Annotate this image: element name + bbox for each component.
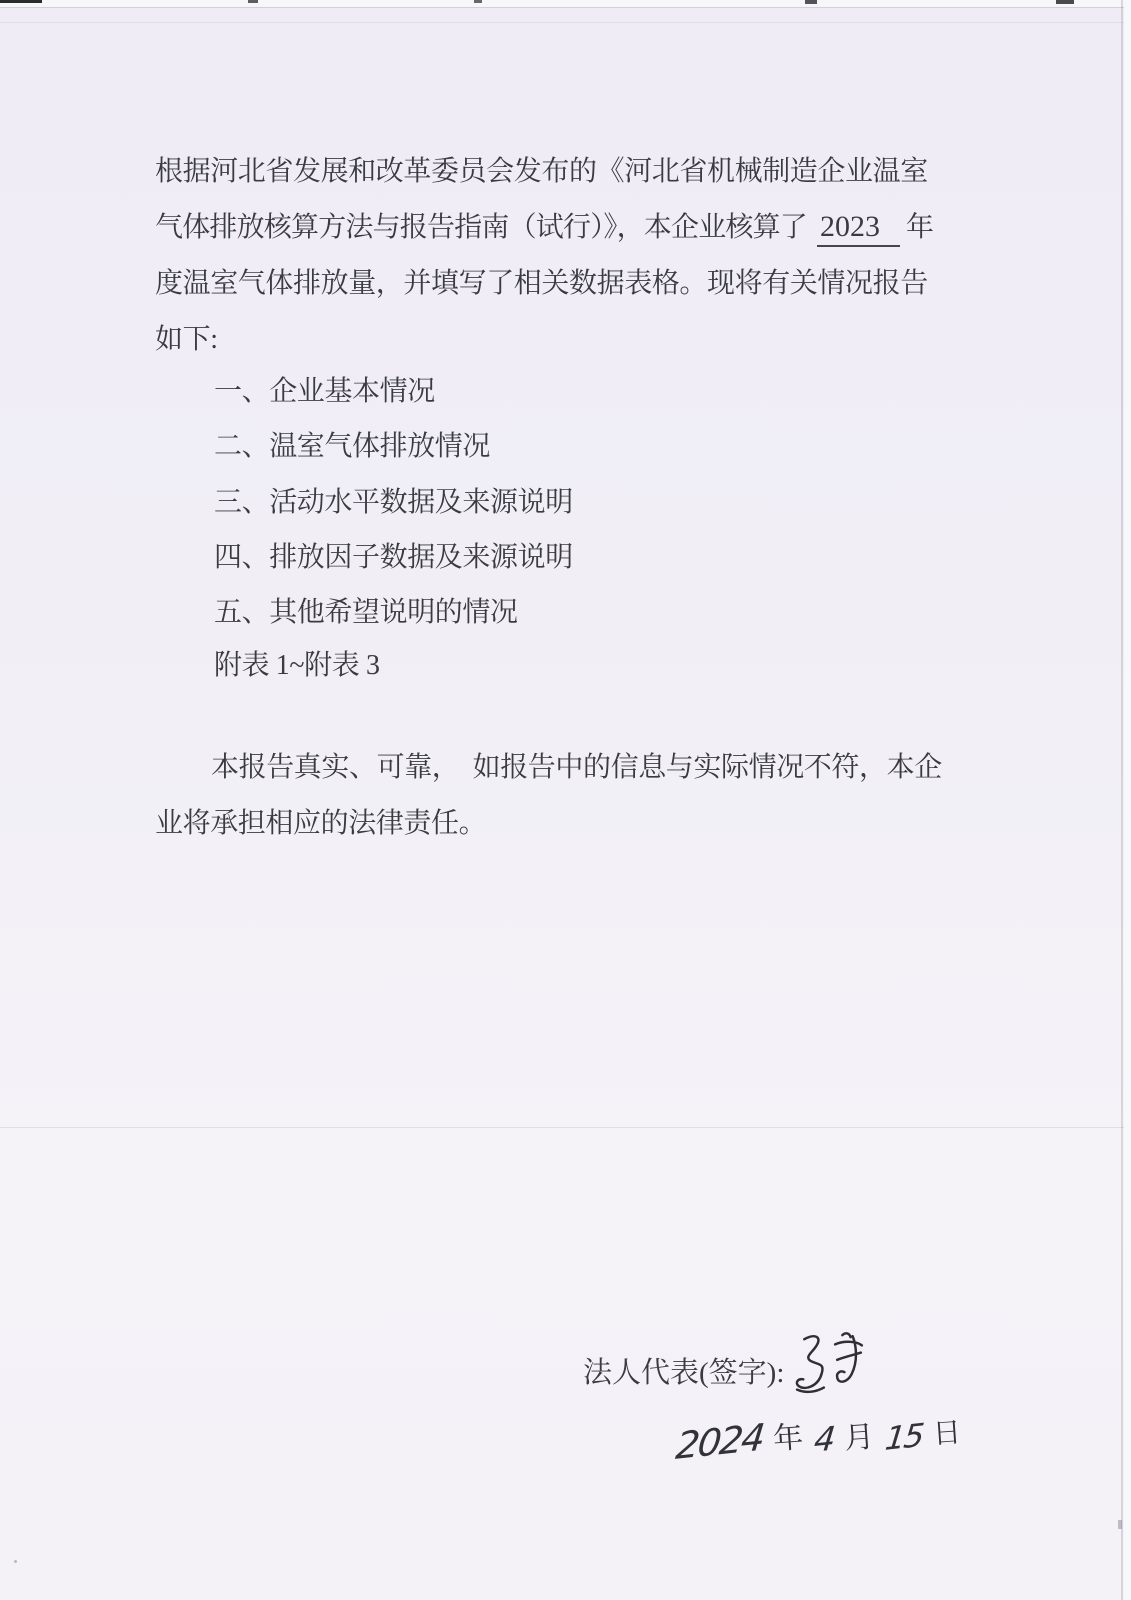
- toc-item-3: 三、活动水平数据及来源说明: [214, 483, 573, 523]
- appendix-reference: 附表 1~附表 3: [214, 646, 380, 686]
- intro-line-1: 根据河北省发展和改革委员会发布的《河北省机械制造企业温室: [155, 152, 928, 192]
- toc-item-4: 四、排放因子数据及来源说明: [214, 538, 573, 578]
- scan-top-strip: [0, 0, 1131, 7]
- scan-edge-mark: [1118, 1520, 1122, 1529]
- scanned-document-page: 根据河北省发展和改革委员会发布的《河北省机械制造企业温室 气体排放核算方法与报告…: [0, 0, 1131, 1600]
- scan-speck: [14, 1560, 17, 1563]
- intro-line-2-text: 气体排放核算方法与报告指南（试行）》，本企业核算了: [155, 212, 807, 243]
- report-year-underlined: 2023: [817, 210, 900, 247]
- scan-edge-mark: [1056, 0, 1074, 4]
- intro-line-2: 气体排放核算方法与报告指南（试行）》，本企业核算了2023年: [155, 208, 933, 248]
- intro-line-3: 度温室气体排放量，并填写了相关数据表格。现将有关情况报告: [155, 264, 928, 304]
- toc-item-5: 五、其他希望说明的情况: [214, 593, 518, 633]
- declaration-line-1: 本报告真实、可靠， 如报告中的信息与实际情况不符，本企: [211, 748, 942, 788]
- date-day: 15: [883, 1419, 924, 1458]
- toc-item-2: 二、温室气体排放情况: [214, 427, 490, 467]
- date-month: 4: [812, 1422, 835, 1460]
- intro-line-4: 如下:: [155, 320, 218, 360]
- paper-fold-crease: [0, 1127, 1131, 1128]
- scan-edge-mark: [474, 0, 482, 3]
- scan-edge-mark: [0, 0, 42, 3]
- scan-top-line-faint: [0, 22, 1131, 23]
- scan-top-line: [0, 7, 1131, 8]
- legal-representative-signature-label: 法人代表(签字):: [583, 1353, 784, 1393]
- scan-edge-mark: [248, 0, 258, 3]
- handwritten-date: 2024 年 4 月 15 日: [675, 1398, 957, 1464]
- declaration-line-2: 业将承担相应的法律责任。: [155, 804, 486, 844]
- scan-right-edge-line: [1121, 0, 1123, 1600]
- scan-edge-mark: [805, 0, 817, 4]
- date-year: 2024: [674, 1419, 765, 1467]
- date-day-unit: 日: [932, 1419, 962, 1455]
- scan-right-edge-strip: [1124, 0, 1131, 1600]
- intro-line-2-suffix: 年: [906, 212, 933, 243]
- date-month-unit: 月: [843, 1422, 875, 1458]
- handwritten-signature: [788, 1331, 872, 1403]
- date-year-unit: 年: [772, 1423, 804, 1461]
- toc-item-1: 一、企业基本情况: [214, 372, 435, 412]
